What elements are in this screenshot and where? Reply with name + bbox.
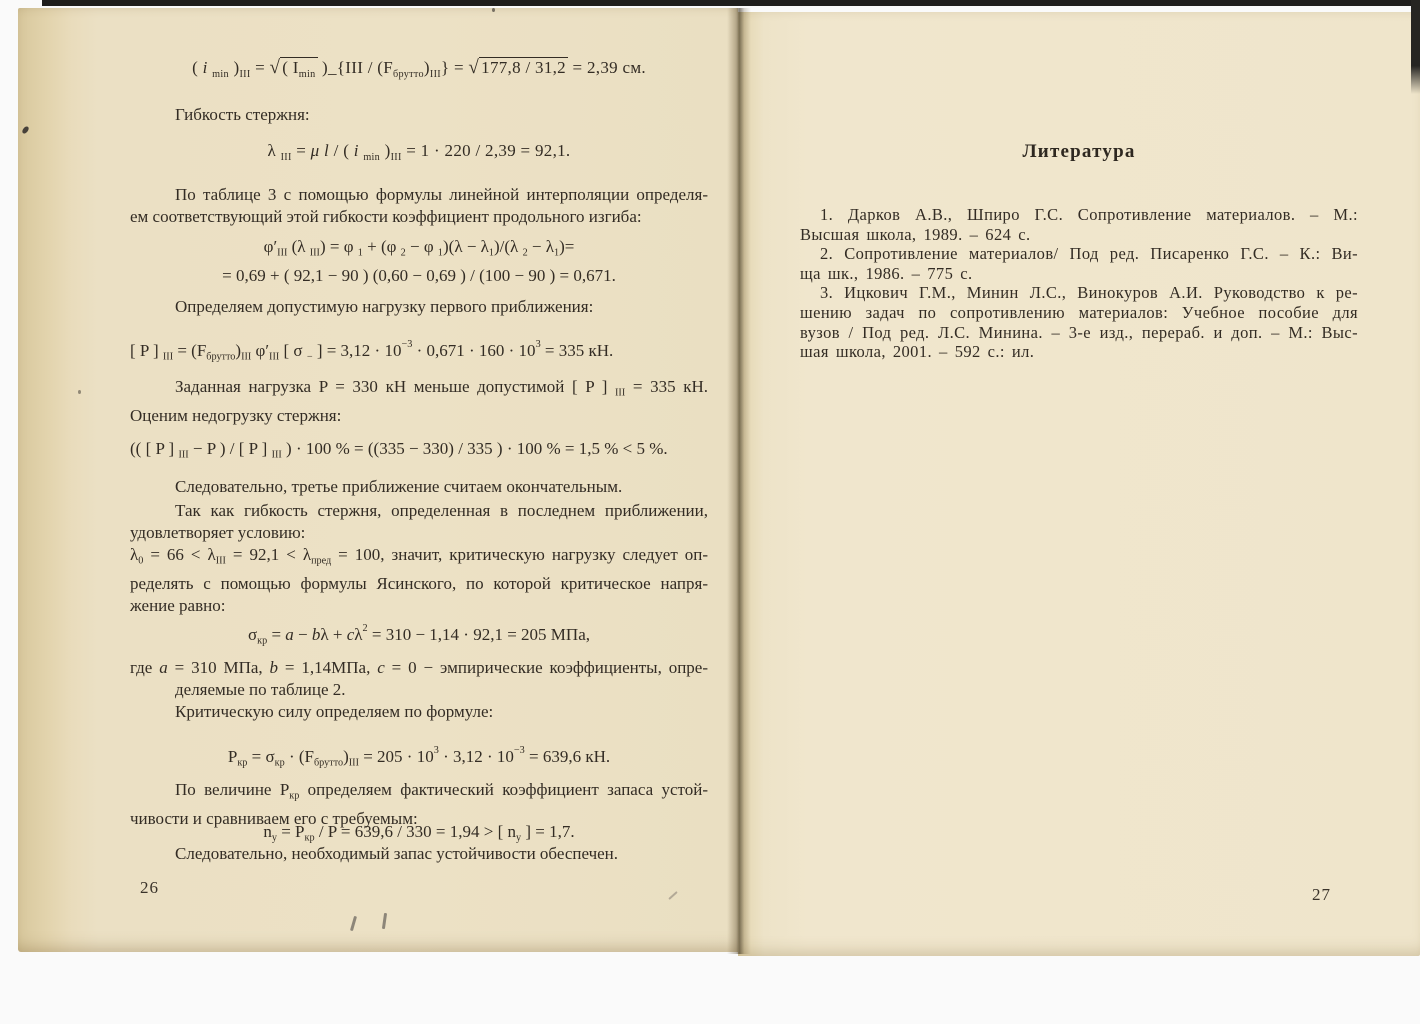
text-line: Определяем допустимую нагрузку первого п… [130,296,708,318]
text-line: Гибкость стержня: [130,104,708,126]
text-line: шая школа, 2001. – 592 с.: ил. [800,342,1358,362]
text-line: вузов / Под ред. Л.С. Минина. – 3-е изд.… [800,323,1358,343]
reference-list: 1. Дарков А.В., Шпиро Г.С. Сопротивление… [800,205,1358,362]
text-line: Так как гибкость стержня, определенная в… [130,500,708,522]
text-line: φ′III (λ III) = φ 1 + (φ 2 − φ 1)(λ − λ1… [130,236,708,265]
text-line: Pкр = σкр · (Fбрутто)III = 205 · 103 · 3… [130,740,708,774]
formula-pcr: Pкр = σкр · (Fбрутто)III = 205 · 103 · 3… [130,740,708,774]
text-line: где a = 310 МПа, b = 1,14МПа, c = 0 − эм… [130,657,708,679]
scanner-right-edge [1411,0,1420,94]
left-page-content: ( i min )III = √( Imin )_{III / (Fбрутто… [130,8,708,952]
text-line: 2. Сопротивление материалов/ Под ред. Пи… [800,244,1358,264]
formula-phi: φ′III (λ III) = φ 1 + (φ 2 − φ 1)(λ − λ1… [130,236,708,287]
para-allowable: Определяем допустимую нагрузку первого п… [130,296,708,318]
text-line: По величине Pкр определяем фактический к… [130,779,708,808]
formula-load: [ P ] III = (Fбрутто)III φ′III [ σ − ] =… [130,334,708,368]
formula-sigma: σкр = a − bλ + cλ2 = 310 − 1,14 · 92,1 =… [130,618,708,652]
literature-heading: Литература [800,141,1358,163]
para-third-final: Следовательно, третье приближение считае… [130,476,708,498]
formula-lambda: λ III = μ l / ( i min )III = 1 · 220 / 2… [130,138,708,171]
text-line: удовлетворяет условию: [130,522,708,544]
dust-speck [78,390,81,394]
left-page: ( i min )III = √( Imin )_{III / (Fбрутто… [18,8,738,952]
text-line: Критическую силу определяем по формуле: [130,701,708,723]
scanner-top-edge [42,0,1420,6]
dust-speck [492,8,495,12]
text-line: 3. Ицкович Г.М., Минин Л.С., Винокуров А… [800,283,1358,303]
text-line: ем соответствующий этой гибкости коэффиц… [130,206,708,228]
para-conclusion: Следовательно, необходимый запас устойчи… [130,843,708,865]
para-interpolation: По таблице 3 с помощью формулы линейной … [130,184,708,228]
para-given-load: Заданная нагрузка P = 330 кН меньше допу… [130,376,708,427]
text-line: ща шк., 1986. – 775 с. [800,264,1358,284]
text-line: = 0,69 + ( 92,1 − 90 ) (0,60 − 0,69 ) / … [130,265,708,287]
page-number-right: 27 [1312,885,1331,905]
right-page-content: Литература 1. Дарков А.В., Шпиро Г.С. Со… [800,12,1358,956]
text-line: Заданная нагрузка P = 330 кН меньше допу… [130,376,708,405]
text-line: шению задач по сопротивлению материалов:… [800,303,1358,323]
text-line: ( i min )III = √( Imin )_{III / (Fбрутто… [130,55,708,88]
text-line: [ P ] III = (Fбрутто)III φ′III [ σ − ] =… [130,334,708,368]
formula-imin: ( i min )III = √( Imin )_{III / (Fбрутто… [130,55,708,88]
text-line: Высшая школа, 1989. – 624 с. [800,225,1358,245]
para-coefficients: где a = 310 МПа, b = 1,14МПа, c = 0 − эм… [130,657,708,723]
page-number-left: 26 [140,878,159,898]
text-line: λ0 = 66 < λIII = 92,1 < λпред = 100, зна… [130,544,708,573]
heading-flexibility: Гибкость стержня: [130,104,708,126]
text-line: Следовательно, третье приближение считае… [130,476,708,498]
text-line: жение равно: [130,595,708,617]
right-page: Литература 1. Дарков А.В., Шпиро Г.С. Со… [738,12,1420,956]
text-line: деляемые по таблице 2. [130,679,708,701]
text-line: Следовательно, необходимый запас устойчи… [130,843,708,865]
text-line: 1. Дарков А.В., Шпиро Г.С. Сопротивление… [800,205,1358,225]
text-line: По таблице 3 с помощью формулы линейной … [130,184,708,206]
text-line: σкр = a − bλ + cλ2 = 310 − 1,14 · 92,1 =… [130,618,708,652]
text-line: Оценим недогрузку стержня: [130,405,708,427]
formula-underload: (( [ P ] III − P ) / [ P ] III ) · 100 %… [130,438,708,467]
text-line: ределять с помощью формулы Ясинского, по… [130,573,708,595]
para-condition: Так как гибкость стержня, определенная в… [130,500,708,617]
text-line: (( [ P ] III − P ) / [ P ] III ) · 100 %… [130,438,708,467]
text-line: λ III = μ l / ( i min )III = 1 · 220 / 2… [130,138,708,171]
